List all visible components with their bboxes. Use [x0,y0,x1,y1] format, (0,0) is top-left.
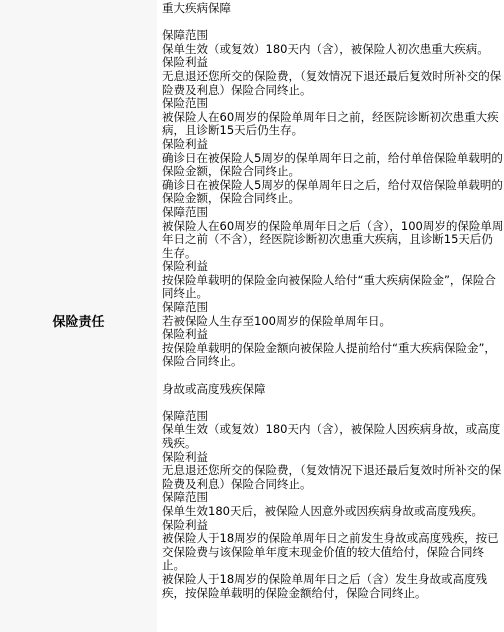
item-text: 保单生效（或复效）180天内（含），被保险人因疾病身故，或高度残疾。 [162,423,504,450]
row-label-cell: 保险责任 [0,0,157,632]
item-text: 按保险单载明的保险金额向被保险人提前给付“重大疾病保险金”，保险合同终止。 [162,342,504,369]
item-heading: 保障范围 [162,301,504,315]
spacer [162,396,504,410]
item-heading: 保险利益 [162,138,504,152]
item-heading: 保障范围 [162,491,504,505]
item-heading: 保险利益 [162,260,504,274]
item-text: 保单生效（或复效）180天内（含），被保险人初次患重大疾病。 [162,43,504,57]
content-cell: 重大疾病保障 保障范围 保单生效（或复效）180天内（含），被保险人初次患重大疾… [157,0,504,632]
item-heading: 保险利益 [162,519,504,533]
item-heading: 保障范围 [162,206,504,220]
section-title-death-disability: 身故或高度残疾保障 [162,383,504,397]
item-heading: 保险利益 [162,451,504,465]
item-text: 被保险人在60周岁的保险单周年日之前，经医院诊断初次患重大疾病，且诊断15天后仍… [162,111,504,138]
item-text: 被保险人于18周岁的保险单周年日之前发生身故或高度残疾，按已交保险费与该保险单年… [162,532,504,573]
item-text: 确诊日在被保险人5周岁的保单周年日之后，给付双倍保险单载明的保险金额，保险合同终… [162,179,504,206]
section-title-critical-illness: 重大疾病保障 [162,2,504,16]
item-text: 无息退还您所交的保险费，（复效情况下退还最后复效时所补交的保险费及利息）保险合同… [162,464,504,491]
item-text: 保单生效180天后，被保险人因意外或因疾病身故或高度残疾。 [162,505,504,519]
item-text: 被保险人在60周岁的保险单周年日之后（含），100周岁的保险单周年日之前（不含）… [162,220,504,261]
spacer [162,369,504,383]
row-label: 保险责任 [52,311,104,330]
item-text: 被保险人于18周岁的保险单周年日之后（含）发生身故或高度残疾，按保险单载明的保险… [162,573,504,600]
insurance-liability-table: 保险责任 重大疾病保障 保障范围 保单生效（或复效）180天内（含），被保险人初… [0,0,504,632]
item-text: 若被保险人生存至100周岁的保险单周年日。 [162,315,504,329]
item-heading: 保险范围 [162,97,504,111]
item-text: 按保险单载明的保险金向被保险人给付“重大疾病保险金”，保险合同终止。 [162,274,504,301]
item-heading: 保险利益 [162,56,504,70]
item-heading: 保障范围 [162,410,504,424]
item-text: 无息退还您所交的保险费，（复效情况下退还最后复效时所补交的保险费及利息）保险合同… [162,70,504,97]
item-text: 确诊日在被保险人5周岁的保单周年日之前，给付单倍保险单载明的保险金额，保险合同终… [162,152,504,179]
item-heading: 保障范围 [162,29,504,43]
spacer [162,16,504,30]
item-heading: 保险利益 [162,328,504,342]
